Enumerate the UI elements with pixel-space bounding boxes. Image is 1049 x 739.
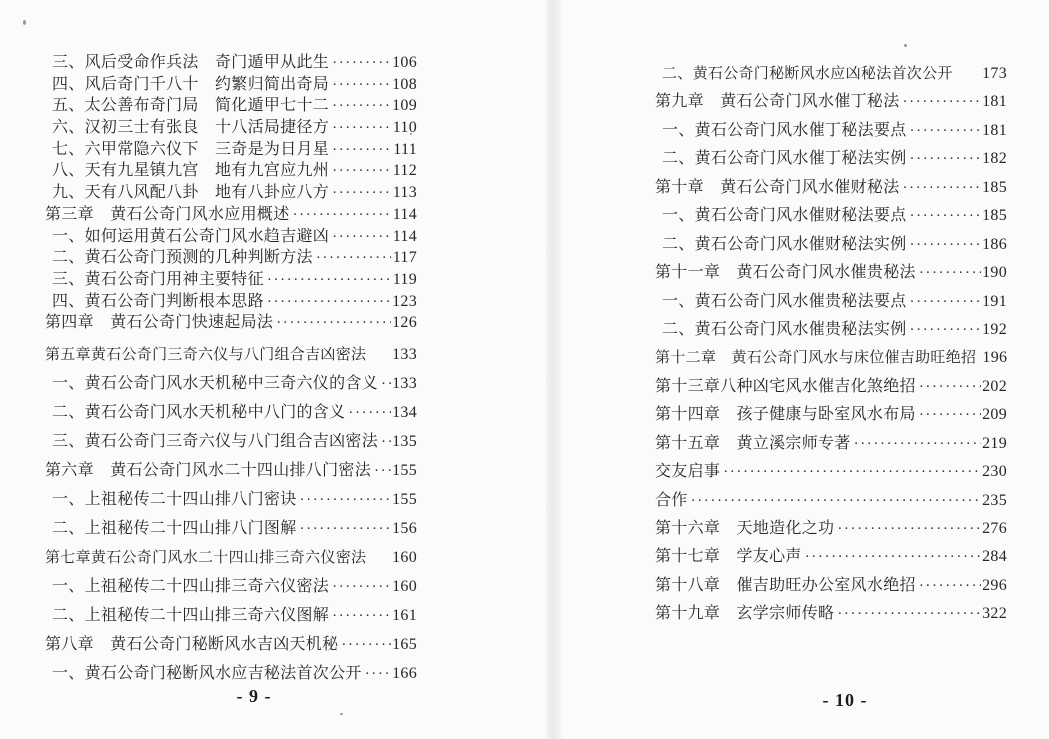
- toc-entry-page: 165: [391, 630, 417, 659]
- toc-entry: 一、黄石公奇门风水催贵秘法要点·························…: [655, 288, 1007, 316]
- toc-entry-page: 155: [391, 456, 417, 485]
- toc-leader-dots: ········································…: [362, 660, 391, 689]
- toc-leader-dots: ········································…: [329, 75, 391, 97]
- toc-entry-page: 190: [981, 259, 1007, 287]
- toc-entry: 三、风后受命作兵法 奇门遁甲从此生·······················…: [45, 52, 417, 74]
- toc-entry-page: 173: [981, 60, 1007, 88]
- toc-entry: 一、上祖秘传二十四山排八门密诀·························…: [45, 485, 417, 514]
- toc-entry-page: 322: [981, 600, 1007, 628]
- scan-speck: [340, 713, 343, 715]
- toc-entry: 四、风后奇门千八十 约繁归简出奇局·······················…: [45, 74, 417, 96]
- toc-entry-title: 第十章 黄石公奇门风水催财秘法: [655, 174, 900, 202]
- toc-entry-title: 第三章 黄石公奇门风水应用概述: [45, 204, 290, 226]
- page-number-left: - 9 -: [209, 686, 299, 707]
- toc-entry-title: 第十一章 黄石公奇门风水催贵秘法: [655, 259, 916, 287]
- toc-leader-dots: ········································…: [916, 572, 981, 600]
- toc-entry-title: 一、黄石公奇门风水天机秘中三奇六仪的含义: [52, 369, 378, 398]
- toc-entry-page: 181: [981, 117, 1007, 145]
- toc-leader-dots: ········································…: [851, 430, 981, 458]
- toc-leader-dots: ········································…: [329, 573, 391, 602]
- toc-leader-dots: ········································…: [329, 140, 391, 162]
- toc-entry-page: 185: [981, 174, 1007, 202]
- toc-leader-dots: ········································…: [273, 313, 391, 335]
- toc-entry: 二、上祖秘传二十四山排三奇六仪图解·······················…: [45, 601, 417, 630]
- toc-entry-page: 110: [391, 117, 417, 139]
- toc-entry-title: 第十二章 黄石公奇门风水与床位催吉助旺绝招: [655, 344, 976, 372]
- toc-leader-dots: ········································…: [720, 458, 981, 486]
- toc-entry-title: 二、上祖秘传二十四山排三奇六仪图解: [52, 601, 329, 630]
- toc-entry-page: 111: [391, 139, 417, 161]
- toc-entry-title: 第十六章 天地造化之功: [655, 515, 834, 543]
- toc-left-bottom: 第五章黄石公奇门三奇六仪与八门组合吉凶密法···················…: [45, 340, 417, 688]
- toc-entry-page: 156: [391, 514, 417, 543]
- toc-entry-title: 第十八章 催吉助旺办公室风水绝招: [655, 572, 916, 600]
- toc-leader-dots: ········································…: [329, 227, 391, 249]
- toc-entry: 第三章 黄石公奇门风水应用概述·························…: [45, 204, 417, 226]
- toc-entry-page: 160: [391, 543, 417, 572]
- toc-entry: 二、黄石公奇门风水天机秘中八门的含义······················…: [45, 398, 417, 427]
- toc-entry-title: 一、如何运用黄石公奇门风水趋吉避凶: [52, 226, 329, 248]
- toc-entry-title: 一、黄石公奇门风水催财秘法要点: [662, 202, 907, 230]
- toc-leader-dots: ········································…: [297, 515, 391, 544]
- toc-entry-title: 第四章 黄石公奇门快速起局法: [45, 312, 273, 334]
- toc-leader-dots: ········································…: [916, 401, 981, 429]
- toc-entry: 二、黄石公奇门预测的几种判断方法························…: [45, 247, 417, 269]
- toc-leader-dots: ········································…: [907, 288, 981, 316]
- toc-entry-title: 交友启事: [655, 458, 720, 486]
- toc-entry-page: 109: [391, 95, 417, 117]
- toc-entry-title: 一、上祖秘传二十四山排三奇六仪密法: [52, 572, 329, 601]
- toc-leader-dots: ········································…: [916, 259, 981, 287]
- toc-entry-page: 166: [391, 659, 417, 688]
- toc-entry-page: 209: [981, 401, 1007, 429]
- toc-entry-title: 一、黄石公奇门风水催丁秘法要点: [662, 117, 907, 145]
- book-spread: 三、风后受命作兵法 奇门遁甲从此生·······················…: [0, 0, 1049, 739]
- toc-entry-title: 第十四章 孩子健康与卧室风水布局: [655, 401, 916, 429]
- toc-leader-dots: ········································…: [329, 118, 391, 140]
- toc-leader-dots: ········································…: [329, 602, 391, 631]
- toc-entry-title: 第九章 黄石公奇门风水催丁秘法: [655, 88, 900, 116]
- toc-entry-title: 一、黄石公奇门秘断风水应吉秘法首次公开: [52, 659, 362, 688]
- toc-leader-dots: ········································…: [907, 145, 981, 173]
- toc-entry-page: 133: [391, 369, 417, 398]
- toc-entry: 二、黄石公奇门风水催贵秘法实例·························…: [655, 316, 1007, 344]
- toc-entry-page: 106: [391, 52, 417, 74]
- toc-entry-page: 276: [981, 515, 1007, 543]
- toc-leader-dots: ········································…: [907, 231, 981, 259]
- toc-entry-page: 185: [981, 202, 1007, 230]
- toc-entry-page: 119: [391, 269, 417, 291]
- toc-entry-title: 五、太公善布奇门局 简化遁甲七十二: [52, 95, 329, 117]
- toc-leader-dots: ········································…: [802, 543, 981, 571]
- toc-leader-dots: ········································…: [313, 248, 391, 270]
- toc-entry: 八、天有九星镇九宫 地有九宫应九州·······················…: [45, 160, 417, 182]
- toc-entry: 第十章 黄石公奇门风水催财秘法·························…: [655, 174, 1007, 202]
- toc-leader-dots: ········································…: [371, 457, 391, 486]
- toc-entry: 第十八章 催吉助旺办公室风水绝招························…: [655, 572, 1007, 600]
- toc-leader-dots: ········································…: [329, 53, 391, 75]
- toc-entry-page: 202: [981, 373, 1007, 401]
- scan-speck: [904, 44, 907, 47]
- toc-entry-page: 133: [391, 340, 417, 369]
- toc-entry-page: 134: [391, 398, 417, 427]
- toc-entry-title: 一、上祖秘传二十四山排八门密诀: [52, 485, 297, 514]
- page-seam: [546, 0, 562, 739]
- toc-leader-dots: ········································…: [264, 292, 391, 314]
- toc-entry-title: 八、天有九星镇九宫 地有九宫应九州: [52, 160, 329, 182]
- toc-entry: 第十四章 孩子健康与卧室风水布局························…: [655, 401, 1007, 429]
- toc-leader-dots: ········································…: [297, 486, 391, 515]
- toc-entry-title: 四、风后奇门千八十 约繁归简出奇局: [52, 74, 329, 96]
- toc-entry: 第八章 黄石公奇门秘断风水吉凶天机秘······················…: [45, 630, 417, 659]
- toc-entry-page: 186: [981, 231, 1007, 259]
- toc-entry: 第十一章 黄石公奇门风水催贵秘法························…: [655, 259, 1007, 287]
- toc-entry-title: 合作: [655, 487, 688, 515]
- toc-leader-dots: ········································…: [900, 174, 981, 202]
- toc-entry: 四、黄石公奇门判断根本思路···························…: [45, 291, 417, 313]
- toc-entry-page: 196: [981, 344, 1007, 372]
- toc-leader-dots: ········································…: [378, 370, 391, 399]
- toc-entry-page: 296: [981, 572, 1007, 600]
- toc-entry: 第十三章八种凶宅风水催吉化煞绝招························…: [655, 373, 1007, 401]
- toc-entry: 三、黄石公奇门用神主要特征···························…: [45, 269, 417, 291]
- toc-leader-dots: ········································…: [329, 161, 391, 183]
- toc-leader-dots: ········································…: [834, 515, 981, 543]
- scan-speck: [410, 133, 412, 135]
- toc-leader-dots: ········································…: [264, 270, 391, 292]
- toc-entry-title: 九、天有八风配八卦 地有八卦应八方: [52, 182, 329, 204]
- toc-entry: 第四章 黄石公奇门快速起局法··························…: [45, 312, 417, 334]
- toc-leader-dots: ········································…: [688, 487, 981, 515]
- toc-entry-page: 123: [391, 291, 417, 313]
- toc-leader-dots: ········································…: [338, 631, 391, 660]
- toc-entry-page: 117: [391, 247, 417, 269]
- toc-leader-dots: ········································…: [290, 205, 391, 227]
- toc-entry-title: 二、黄石公奇门秘断风水应凶秘法首次公开: [662, 60, 953, 88]
- toc-entry-title: 第十三章八种凶宅风水催吉化煞绝招: [655, 373, 916, 401]
- toc-entry: 二、黄石公奇门风水催财秘法实例·························…: [655, 231, 1007, 259]
- toc-entry-title: 二、上祖秘传二十四山排八门图解: [52, 514, 297, 543]
- toc-entry-page: 161: [391, 601, 417, 630]
- toc-entry: 七、六甲常隐六仪下 三奇是为日月星·······················…: [45, 139, 417, 161]
- toc-entry: 三、黄石公奇门三奇六仪与八门组合吉凶密法····················…: [45, 427, 417, 456]
- toc-entry-title: 第十五章 黄立溪宗师专著: [655, 430, 851, 458]
- toc-entry: 第九章 黄石公奇门风水催丁秘法·························…: [655, 88, 1007, 116]
- toc-entry-title: 六、汉初三士有张良 十八活局捷径方: [52, 117, 329, 139]
- toc-entry-page: 114: [391, 204, 417, 226]
- toc-entry: 二、黄石公奇门秘断风水应凶秘法首次公开·····················…: [655, 60, 1007, 88]
- toc-entry-title: 二、黄石公奇门预测的几种判断方法: [52, 247, 313, 269]
- toc-entry: 一、黄石公奇门秘断风水应吉秘法首次公开·····················…: [45, 659, 417, 688]
- toc-entry-page: 108: [391, 74, 417, 96]
- toc-entry-title: 三、风后受命作兵法 奇门遁甲从此生: [52, 52, 329, 74]
- toc-entry-title: 第七章黄石公奇门风水二十四山排三奇六仪密法: [45, 544, 366, 573]
- toc-entry-title: 二、黄石公奇门风水催财秘法实例: [662, 231, 907, 259]
- toc-right: 二、黄石公奇门秘断风水应凶秘法首次公开·····················…: [655, 60, 1007, 629]
- toc-entry: 第十五章 黄立溪宗师专著····························…: [655, 430, 1007, 458]
- toc-entry: 合作······································…: [655, 487, 1007, 515]
- toc-entry-page: 235: [981, 487, 1007, 515]
- toc-entry: 交友启事····································…: [655, 458, 1007, 486]
- toc-entry-title: 第五章黄石公奇门三奇六仪与八门组合吉凶密法: [45, 341, 366, 370]
- toc-entry-page: 284: [981, 543, 1007, 571]
- toc-entry-title: 二、黄石公奇门风水天机秘中八门的含义: [52, 398, 345, 427]
- toc-entry: 一、黄石公奇门风水催丁秘法要点·························…: [655, 117, 1007, 145]
- toc-leader-dots: ········································…: [900, 88, 981, 116]
- toc-entry: 第十九章 玄学宗师传略·····························…: [655, 600, 1007, 628]
- page-number-right: - 10 -: [800, 690, 890, 711]
- toc-entry-title: 一、黄石公奇门风水催贵秘法要点: [662, 288, 907, 316]
- toc-entry-title: 第六章 黄石公奇门风水二十四山排八门密法: [45, 456, 371, 485]
- toc-entry: 第十七章 学友心声·······························…: [655, 543, 1007, 571]
- toc-entry: 一、黄石公奇门风水催财秘法要点·························…: [655, 202, 1007, 230]
- scan-speck: [23, 20, 26, 25]
- toc-entry: 一、如何运用黄石公奇门风水趋吉避凶·······················…: [45, 226, 417, 248]
- toc-entry: 第十二章 黄石公奇门风水与床位催吉助旺绝招···················…: [655, 344, 1007, 372]
- toc-entry: 第七章黄石公奇门风水二十四山排三奇六仪密法···················…: [45, 543, 417, 572]
- toc-leader-dots: ········································…: [345, 399, 391, 428]
- toc-leader-dots: ········································…: [834, 600, 981, 628]
- toc-entry-page: 126: [391, 312, 417, 334]
- toc-entry: 二、黄石公奇门风水催丁秘法实例·························…: [655, 145, 1007, 173]
- toc-leader-dots: ········································…: [916, 373, 981, 401]
- toc-entry-page: 112: [391, 160, 417, 182]
- toc-leader-dots: ········································…: [329, 183, 391, 205]
- toc-entry-title: 三、黄石公奇门用神主要特征: [52, 269, 264, 291]
- toc-entry-page: 192: [981, 316, 1007, 344]
- toc-entry-page: 135: [391, 427, 417, 456]
- toc-entry-page: 155: [391, 485, 417, 514]
- toc-entry: 第五章黄石公奇门三奇六仪与八门组合吉凶密法···················…: [45, 340, 417, 369]
- toc-leader-dots: ········································…: [329, 96, 391, 118]
- toc-entry-title: 第八章 黄石公奇门秘断风水吉凶天机秘: [45, 630, 338, 659]
- toc-entry-page: 181: [981, 88, 1007, 116]
- toc-entry-page: 114: [391, 226, 417, 248]
- toc-entry-title: 二、黄石公奇门风水催贵秘法实例: [662, 316, 907, 344]
- toc-leader-dots: ········································…: [378, 428, 391, 457]
- toc-leader-dots: ········································…: [907, 316, 981, 344]
- toc-entry: 第六章 黄石公奇门风水二十四山排八门密法····················…: [45, 456, 417, 485]
- toc-entry-title: 二、黄石公奇门风水催丁秘法实例: [662, 145, 907, 173]
- toc-entry-title: 第十七章 学友心声: [655, 543, 802, 571]
- toc-entry: 五、太公善布奇门局 简化遁甲七十二·······················…: [45, 95, 417, 117]
- toc-entry-page: 230: [981, 458, 1007, 486]
- toc-leader-dots: ········································…: [907, 117, 981, 145]
- toc-entry: 一、上祖秘传二十四山排三奇六仪密法·······················…: [45, 572, 417, 601]
- toc-entry-title: 七、六甲常隐六仪下 三奇是为日月星: [52, 139, 329, 161]
- toc-entry-title: 四、黄石公奇门判断根本思路: [52, 291, 264, 313]
- toc-entry-title: 第十九章 玄学宗师传略: [655, 600, 834, 628]
- toc-entry-page: 219: [981, 430, 1007, 458]
- toc-entry: 一、黄石公奇门风水天机秘中三奇六仪的含义····················…: [45, 369, 417, 398]
- toc-entry: 六、汉初三士有张良 十八活局捷径方·······················…: [45, 117, 417, 139]
- toc-entry-title: 三、黄石公奇门三奇六仪与八门组合吉凶密法: [52, 427, 378, 456]
- toc-entry-page: 191: [981, 288, 1007, 316]
- toc-entry-page: 113: [391, 182, 417, 204]
- toc-leader-dots: ········································…: [907, 202, 981, 230]
- toc-entry-page: 182: [981, 145, 1007, 173]
- toc-entry: 九、天有八风配八卦 地有八卦应八方·······················…: [45, 182, 417, 204]
- toc-entry: 第十六章 天地造化之功·····························…: [655, 515, 1007, 543]
- toc-entry: 二、上祖秘传二十四山排八门图解·························…: [45, 514, 417, 543]
- toc-entry-page: 160: [391, 572, 417, 601]
- toc-left-top: 三、风后受命作兵法 奇门遁甲从此生·······················…: [45, 52, 417, 334]
